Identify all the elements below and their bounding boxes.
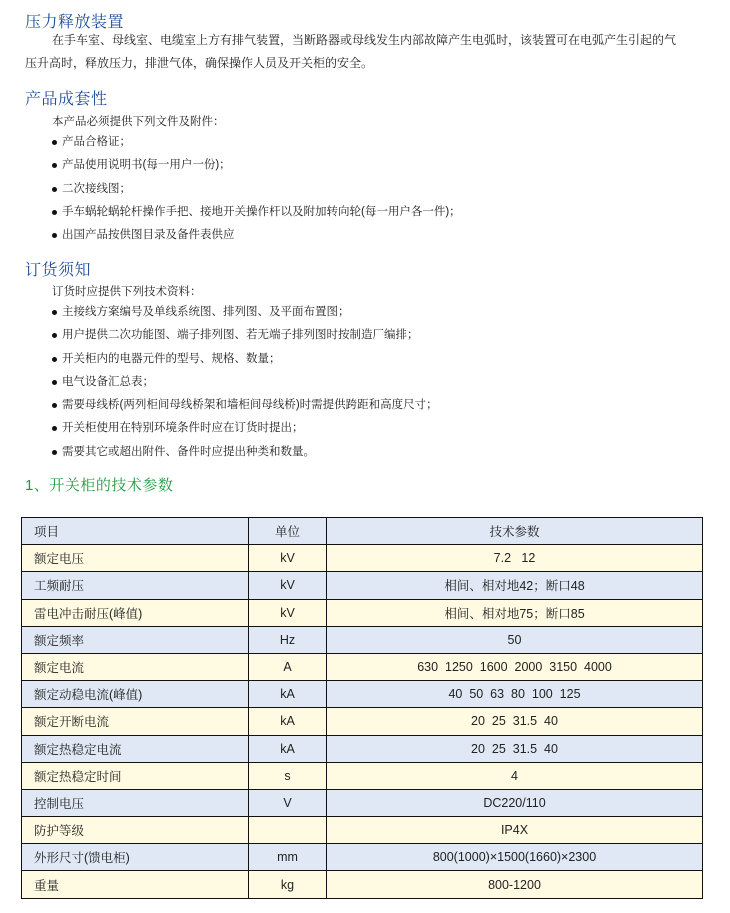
table-row: 防护等级 IP4X bbox=[22, 817, 703, 844]
section-title-ordering: 订货须知 bbox=[25, 257, 91, 280]
cell-value: DC220/110 bbox=[327, 789, 703, 816]
cell-unit: kA bbox=[249, 681, 327, 708]
table-row: 额定开断电流 kA 20 25 31.5 40 bbox=[22, 708, 703, 735]
table-row: 额定频率 Hz 50 bbox=[22, 626, 703, 653]
cell-unit: V bbox=[249, 789, 327, 816]
cell-value: 800-1200 bbox=[327, 871, 703, 898]
ordering-intro: 订货时应提供下列技术资料： bbox=[52, 283, 202, 299]
cell-item: 防护等级 bbox=[22, 817, 249, 844]
cell-value: 800(1000)×1500(1660)×2300 bbox=[327, 844, 703, 871]
pressure-relief-line-2: 压升高时，释放压力，排泄气体，确保操作人员及开关柜的安全。 bbox=[25, 52, 715, 75]
cell-item: 额定热稳定时间 bbox=[22, 762, 249, 789]
table-row: 重量 kg 800-1200 bbox=[22, 871, 703, 898]
list-item: 开关柜内的电器元件的型号、规格、数量； bbox=[52, 348, 438, 371]
cell-item: 额定电压 bbox=[22, 545, 249, 572]
cell-unit: kg bbox=[249, 871, 327, 898]
ordering-list: 主接线方案编号及单线系统图、排列图、及平面布置图； 用户提供二次功能图、端子排列… bbox=[52, 301, 438, 464]
cell-item: 额定动稳电流(峰值) bbox=[22, 681, 249, 708]
cell-item: 控制电压 bbox=[22, 789, 249, 816]
table-row: 额定热稳定电流 kA 20 25 31.5 40 bbox=[22, 735, 703, 762]
cell-unit: Hz bbox=[249, 626, 327, 653]
cell-value: 50 bbox=[327, 626, 703, 653]
cell-unit: mm bbox=[249, 844, 327, 871]
cell-unit: A bbox=[249, 653, 327, 680]
cell-item: 雷电冲击耐压(峰值) bbox=[22, 599, 249, 626]
cell-item: 额定热稳定电流 bbox=[22, 735, 249, 762]
table-header-row: 项目 单位 技术参数 bbox=[22, 518, 703, 545]
completeness-intro: 本产品必须提供下列文件及附件： bbox=[52, 113, 225, 129]
list-item: 开关柜使用在特别环境条件时应在订货时提出； bbox=[52, 417, 438, 440]
cell-item: 工频耐压 bbox=[22, 572, 249, 599]
list-item: 产品使用说明书(每一用户一份)； bbox=[52, 154, 461, 177]
cell-item: 额定开断电流 bbox=[22, 708, 249, 735]
cell-unit: kV bbox=[249, 572, 327, 599]
cell-unit: kA bbox=[249, 708, 327, 735]
cell-value: 相间、相对地75；断口85 bbox=[327, 599, 703, 626]
list-item: 二次接线图； bbox=[52, 178, 461, 201]
list-item: 电气设备汇总表； bbox=[52, 371, 438, 394]
list-item: 需要其它或超出附件、备件时应提出种类和数量。 bbox=[52, 441, 438, 464]
table-row: 额定动稳电流(峰值) kA 40 50 63 80 100 125 bbox=[22, 681, 703, 708]
cell-value: 20 25 31.5 40 bbox=[327, 735, 703, 762]
cell-value: 40 50 63 80 100 125 bbox=[327, 681, 703, 708]
cell-item: 额定电流 bbox=[22, 653, 249, 680]
table-row: 额定热稳定时间 s 4 bbox=[22, 762, 703, 789]
cell-value: 相间、相对地42；断口48 bbox=[327, 572, 703, 599]
list-item: 需要母线桥(两列柜间母线桥架和墙柜间母线桥)时需提供跨距和高度尺寸； bbox=[52, 394, 438, 417]
cell-value: IP4X bbox=[327, 817, 703, 844]
cell-value: 7.2 12 bbox=[327, 545, 703, 572]
list-item: 手车蜗轮蜗轮杆操作手把、接地开关操作杆以及附加转向轮(每一用户各一件)； bbox=[52, 201, 461, 224]
list-item: 主接线方案编号及单线系统图、排列图、及平面布置图； bbox=[52, 301, 438, 324]
cell-value: 20 25 31.5 40 bbox=[327, 708, 703, 735]
completeness-list: 产品合格证； 产品使用说明书(每一用户一份)； 二次接线图； 手车蜗轮蜗轮杆操作… bbox=[52, 131, 461, 247]
cell-unit: kV bbox=[249, 545, 327, 572]
section-title-tech-params: 1、开关柜的技术参数 bbox=[25, 474, 173, 495]
cell-item: 外形尺寸(馈电柜) bbox=[22, 844, 249, 871]
section-title-completeness: 产品成套性 bbox=[25, 86, 108, 109]
cell-unit: kA bbox=[249, 735, 327, 762]
list-item: 产品合格证； bbox=[52, 131, 461, 154]
table-row: 额定电压 kV 7.2 12 bbox=[22, 545, 703, 572]
table-row: 雷电冲击耐压(峰值) kV 相间、相对地75；断口85 bbox=[22, 599, 703, 626]
cell-unit: s bbox=[249, 762, 327, 789]
header-item: 项目 bbox=[22, 518, 249, 545]
table-row: 工频耐压 kV 相间、相对地42；断口48 bbox=[22, 572, 703, 599]
tech-params-table: 项目 单位 技术参数 额定电压 kV 7.2 12 工频耐压 kV 相间、相对地… bbox=[21, 517, 703, 899]
pressure-relief-line-1: 在手车室、母线室、电缆室上方有排气装置，当断路器或母线发生内部故障产生电弧时，该… bbox=[25, 29, 715, 52]
table-row: 外形尺寸(馈电柜) mm 800(1000)×1500(1660)×2300 bbox=[22, 844, 703, 871]
cell-item: 额定频率 bbox=[22, 626, 249, 653]
cell-value: 630 1250 1600 2000 3150 4000 bbox=[327, 653, 703, 680]
list-item: 用户提供二次功能图、端子排列图、若无端子排列图时按制造厂编排； bbox=[52, 324, 438, 347]
header-unit: 单位 bbox=[249, 518, 327, 545]
table-row: 额定电流 A 630 1250 1600 2000 3150 4000 bbox=[22, 653, 703, 680]
cell-unit: kV bbox=[249, 599, 327, 626]
list-item: 出国产品按供图目录及备件表供应 bbox=[52, 224, 461, 247]
cell-item: 重量 bbox=[22, 871, 249, 898]
table-row: 控制电压 V DC220/110 bbox=[22, 789, 703, 816]
pressure-relief-paragraph: 在手车室、母线室、电缆室上方有排气装置，当断路器或母线发生内部故障产生电弧时，该… bbox=[25, 29, 715, 75]
cell-value: 4 bbox=[327, 762, 703, 789]
header-params: 技术参数 bbox=[327, 518, 703, 545]
cell-unit bbox=[249, 817, 327, 844]
